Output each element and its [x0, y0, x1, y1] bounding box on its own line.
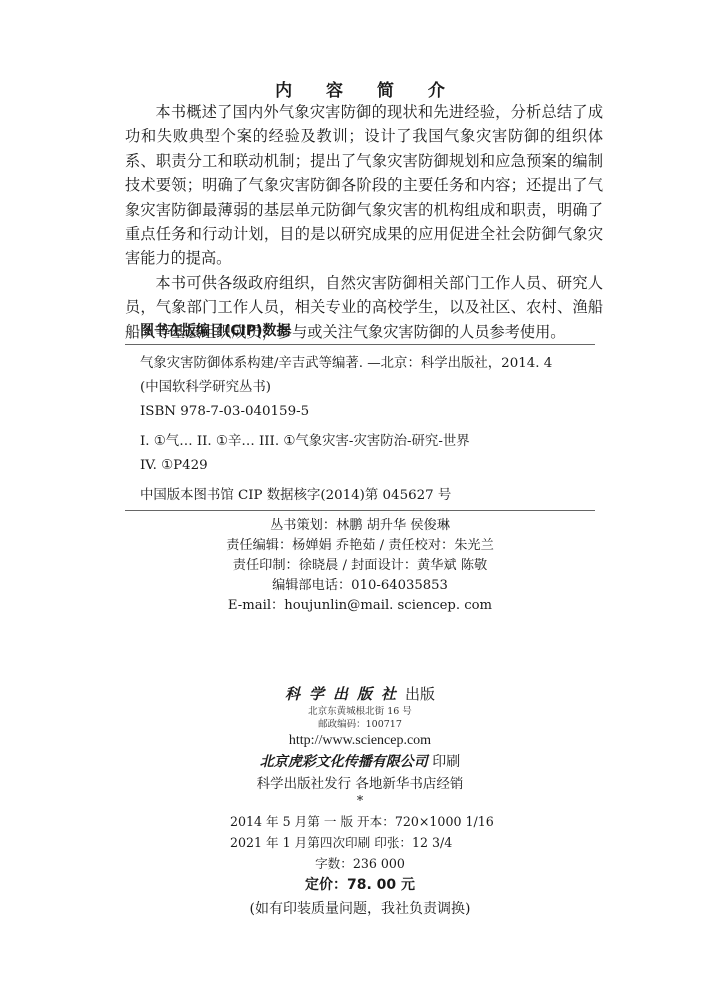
edition-info: 2014 年 5 月第 一 版 开本：720×1000 1/16 [230, 811, 720, 832]
cip-heading: 图书在版编目(CIP)数据 [140, 320, 291, 340]
price: 定价：78. 00 元 [0, 874, 720, 897]
cip-classification-2: IV. ①P429 [140, 454, 600, 478]
responsible-editors: 责任编辑：杨婵娟 乔艳茹 / 责任校对：朱光兰 [0, 536, 720, 556]
intro-title: 内 容 简 介 [0, 76, 720, 101]
cip-series: (中国软科学研究丛书) [140, 376, 600, 400]
intro-paragraph-1: 本书概述了国内外气象灾害防御的现状和先进经验，分析总结了成功和失败典型个案的经验… [125, 100, 603, 271]
cip-top-divider [125, 344, 595, 345]
printing-and-design: 责任印制：徐晓晨 / 封面设计：黄华斌 陈敬 [0, 556, 720, 576]
credits-section: 丛书策划：林鹏 胡升华 侯俊琳 责任编辑：杨婵娟 乔艳茹 / 责任校对：朱光兰 … [0, 516, 720, 616]
cip-record: 气象灾害防御体系构建/辛吉武等编著. —北京：科学出版社，2014. 4 (中国… [140, 352, 600, 508]
edition-specs: * 2014 年 5 月第 一 版 开本：720×1000 1/16 2021 … [0, 790, 720, 921]
quality-notice: (如有印装质量问题，我社负责调换) [0, 897, 720, 921]
editorial-email: E-mail：houjunlin@mail. sciencep. com [0, 596, 720, 616]
publisher-logo-text: 科学出版社 [285, 685, 405, 703]
cip-library-record: 中国版本图书馆 CIP 数据核字(2014)第 045627 号 [140, 484, 600, 508]
word-count: 字数：236 000 [0, 853, 720, 874]
printer-name: 北京虎彩文化传播有限公司 [260, 754, 428, 770]
cip-classification-1: I. ①气… II. ①辛… III. ①气象灾害-灾害防治-研究-世界 [140, 430, 600, 454]
publisher-website: http://www.sciencep.com [0, 731, 720, 751]
copyright-page: 内 容 简 介 本书概述了国内外气象灾害防御的现状和先进经验，分析总结了成功和失… [0, 0, 720, 1000]
cip-isbn: ISBN 978-7-03-040159-5 [140, 400, 600, 424]
series-planning: 丛书策划：林鹏 胡升华 侯俊琳 [0, 516, 720, 536]
separator-star: * [0, 790, 720, 811]
publisher-address: 北京东黄城根北街 16 号 [0, 705, 720, 718]
publisher-section: 科学出版社出版 北京东黄城根北街 16 号 邮政编码：100717 http:/… [0, 683, 720, 795]
intro-section: 本书概述了国内外气象灾害防御的现状和先进经验，分析总结了成功和失败典型个案的经验… [125, 100, 603, 344]
printer: 北京虎彩文化传播有限公司 印刷 [0, 751, 720, 773]
cip-bottom-divider [125, 510, 595, 511]
publisher-postcode: 邮政编码：100717 [0, 718, 720, 731]
printer-suffix: 印刷 [432, 754, 460, 770]
editorial-phone: 编辑部电话：010-64035853 [0, 576, 720, 596]
publisher-name: 科学出版社出版 [0, 683, 720, 705]
cip-bibliographic-record: 气象灾害防御体系构建/辛吉武等编著. —北京：科学出版社，2014. 4 [140, 352, 600, 376]
printing-info: 2021 年 1 月第四次印刷 印张：12 3/4 [230, 832, 720, 853]
publisher-suffix: 出版 [405, 685, 435, 703]
